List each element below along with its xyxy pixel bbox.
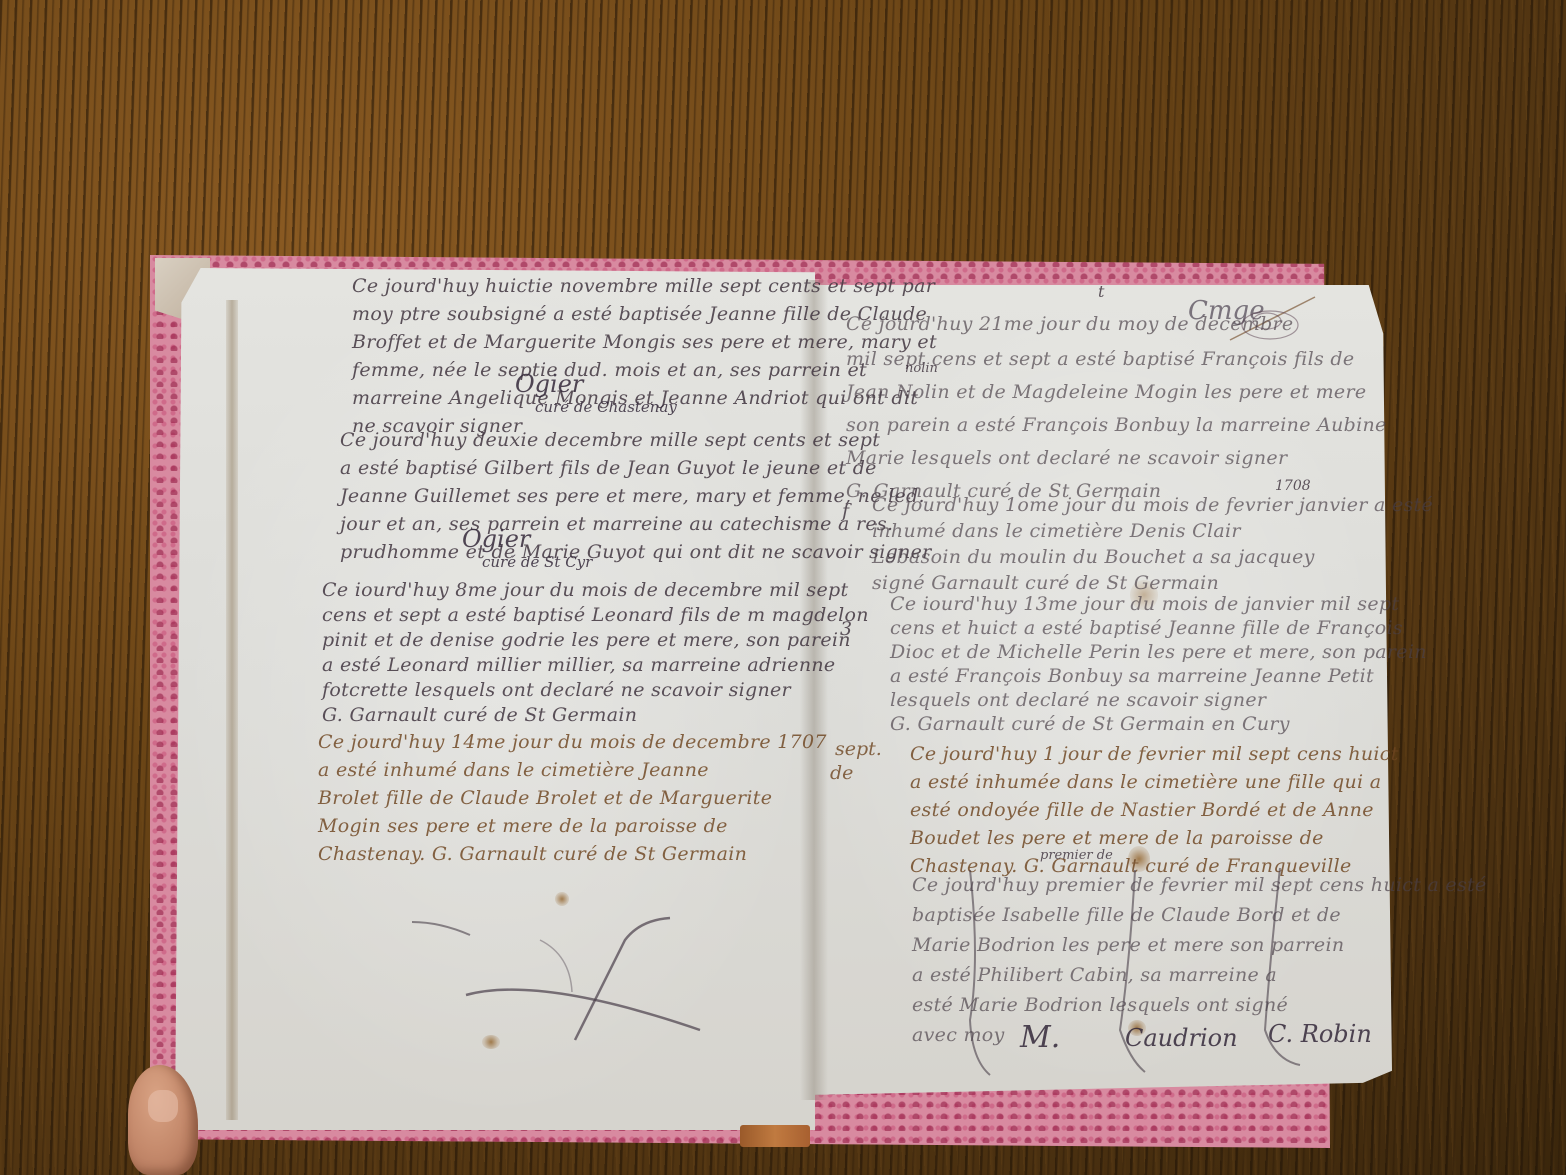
- page-number-mark: t: [1098, 282, 1104, 301]
- handwritten-line: G. Garnault curé de St Germain en Cury: [890, 712, 1427, 736]
- left-entry-3-baptism: Ce iourd'huy 8me jour du mois de decembr…: [322, 578, 869, 728]
- handwritten-line: a esté François Bonbuy sa marreine Jeann…: [890, 664, 1427, 688]
- handwritten-line: prudhomme et de Marie Guyot qui ont dit …: [340, 538, 932, 566]
- handwritten-line: Ce iourd'huy 13me jour du mois de janvie…: [890, 592, 1427, 616]
- thumbnail: [148, 1090, 178, 1122]
- handwritten-line: lesquels ont declaré ne scavoir signer: [890, 688, 1427, 712]
- handwritten-line: Ce jourd'huy 14me jour du mois de decemb…: [318, 728, 827, 756]
- handwritten-line: Dioc et de Michelle Perin les pere et me…: [890, 640, 1427, 664]
- handwritten-line: Chastenay. G. Garnault curé de St Germai…: [318, 840, 827, 868]
- handwritten-line: pinit et de denise godrie les pere et me…: [322, 628, 869, 653]
- margin-mark: 3: [840, 618, 852, 640]
- handwritten-line: Ce jourd'huy 1 jour de fevrier mil sept …: [910, 740, 1399, 768]
- handwritten-line: Boudet les pere et mere de la paroisse d…: [910, 824, 1399, 852]
- handwritten-line: Ce jourd'huy deuxie decembre mille sept …: [340, 426, 932, 454]
- handwritten-line: Brolet fille de Claude Brolet et de Marg…: [318, 784, 827, 812]
- left-entry-1-signature: Ogier curé de Chastenay: [515, 370, 677, 416]
- signature-title: curé de Chastenay: [535, 398, 677, 416]
- right-entry-3-baptism: Ce iourd'huy 13me jour du mois de janvie…: [890, 592, 1427, 736]
- margin-note: sept.: [835, 738, 882, 760]
- handwritten-line: son parein a esté François Bonbuy la mar…: [846, 409, 1387, 442]
- signature-m: M.: [1020, 1020, 1060, 1055]
- left-entry-4-burial: Ce jourd'huy 14me jour du mois de decemb…: [318, 728, 827, 868]
- pen-flourish-icon: [400, 900, 700, 1050]
- right-entry-2-burial: Ce jourd'huy 1ome jour du mois de fevrie…: [872, 492, 1433, 596]
- handwritten-line: Jean Nolin et de Magdeleine Mogin les pe…: [846, 376, 1387, 409]
- signature-ogier: Ogier: [462, 525, 592, 553]
- spine-tear: [740, 1125, 810, 1147]
- right-entry-4-burial: Ce jourd'huy 1 jour de fevrier mil sept …: [910, 740, 1399, 880]
- handwritten-line: cens et huict a esté baptisé Jeanne fill…: [890, 616, 1427, 640]
- inserted-word: nolin: [905, 361, 938, 376]
- handwritten-line: a esté inhumée dans le cimetière une fil…: [910, 768, 1399, 796]
- left-page-torn-edge: [226, 300, 238, 1120]
- left-entry-2-signature: Ogier curé de St Cyr: [462, 525, 592, 571]
- handwritten-line: G. Garnault curé de St Germain: [322, 703, 869, 728]
- signature-title: curé de St Cyr: [482, 553, 592, 571]
- handwritten-line: cens et sept a esté baptisé Leonard fils…: [322, 603, 869, 628]
- handwritten-line: Ce iourd'huy 8me jour du mois de decembr…: [322, 578, 869, 603]
- margin-mark: f: [842, 500, 849, 522]
- handwritten-line: Ce jourd'huy huictie novembre mille sept…: [352, 272, 937, 300]
- left-entry-2-baptism: Ce jourd'huy deuxie decembre mille sept …: [340, 426, 932, 566]
- handwritten-line: esté ondoyée fille de Nastier Bordé et d…: [910, 796, 1399, 824]
- handwritten-line: Ce jourd'huy 1ome jour du mois de fevrie…: [872, 492, 1433, 518]
- handwritten-line: Mogin ses pere et mere de la paroisse de: [318, 812, 827, 840]
- handwritten-line: Lebasoin du moulin du Bouchet a sa jacqu…: [872, 544, 1433, 570]
- signature-ogier: Ogier: [515, 370, 677, 398]
- handwritten-line: a esté baptisé Gilbert fils de Jean Guyo…: [340, 454, 932, 482]
- signature-robin: C. Robin: [1268, 1020, 1372, 1048]
- handwritten-line: Ce jourd'huy 21me jour du moy de decembr…: [846, 305, 1387, 343]
- margin-note: de: [830, 762, 853, 784]
- signature-caudrion: Caudrion: [1125, 1024, 1238, 1052]
- handwritten-line: a esté Leonard millier millier, sa marre…: [322, 653, 869, 678]
- handwritten-line: Marie lesquels ont declaré ne scavoir si…: [846, 442, 1387, 475]
- handwritten-line: inhumé dans le cimetière Denis Clair: [872, 518, 1433, 544]
- handwritten-line: fotcrette lesquels ont declaré ne scavoi…: [322, 678, 869, 703]
- handwritten-line: a esté inhumé dans le cimetière Jeanne: [318, 756, 827, 784]
